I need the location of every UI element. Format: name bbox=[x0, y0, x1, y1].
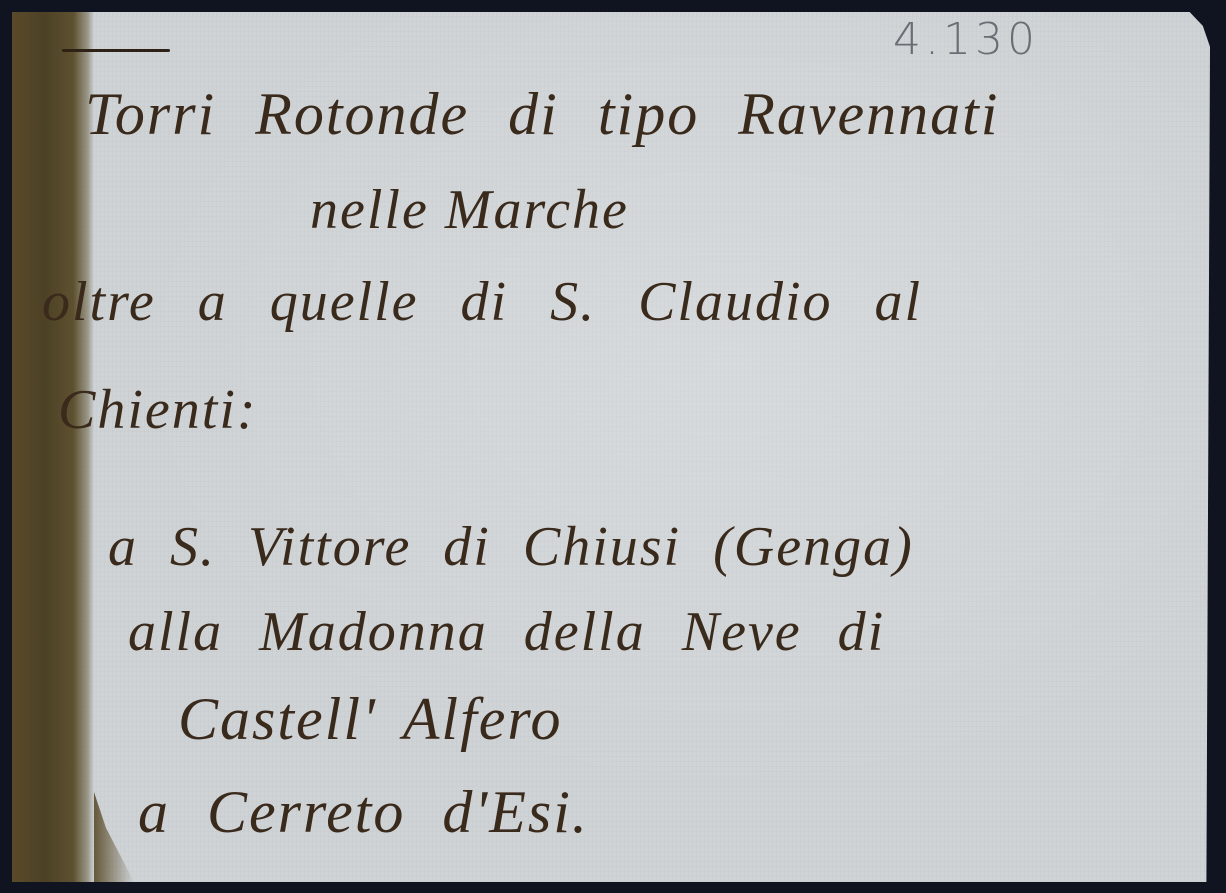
manuscript-line: alla Madonna della Neve di bbox=[128, 600, 885, 664]
manuscript-line: a S. Vittore di Chiusi (Genga) bbox=[108, 515, 914, 579]
title-stroke bbox=[62, 49, 170, 52]
manuscript-line: a Cerreto d'Esi. bbox=[138, 778, 589, 847]
manuscript-line-title: Torri Rotonde di tipo Ravennati bbox=[85, 80, 999, 149]
manuscript-line: Castell' Alfero bbox=[178, 685, 563, 754]
manuscript-line: oltre a quelle di S. Claudio al bbox=[42, 270, 922, 334]
reference-number: 4.130 bbox=[893, 14, 1039, 65]
scanned-document: 4.130 Torri Rotonde di tipo Ravennati ne… bbox=[0, 0, 1226, 893]
edge-stain bbox=[12, 12, 94, 882]
manuscript-line-subtitle: nelle Marche bbox=[310, 178, 629, 242]
manuscript-line: Chienti: bbox=[58, 378, 258, 442]
